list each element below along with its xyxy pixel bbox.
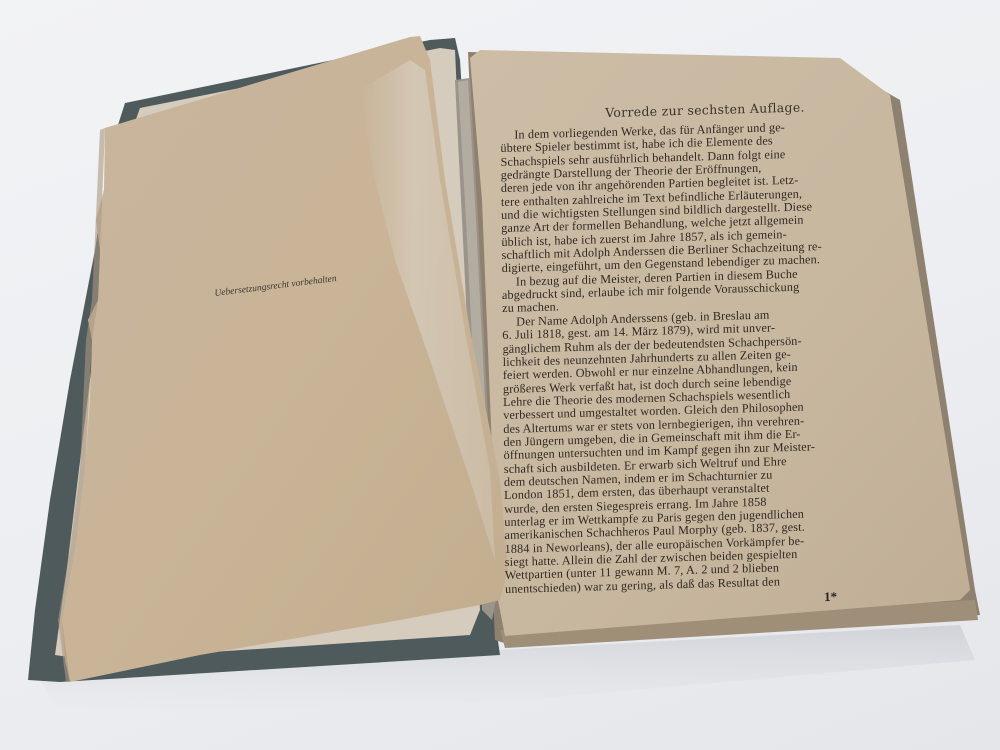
preface-text-block: Vorrede zur sechsten Auflage. In dem vor… xyxy=(500,97,895,614)
photo-scene: Uebersetzungsrecht vorbehalten Vorrede z… xyxy=(0,0,1000,750)
